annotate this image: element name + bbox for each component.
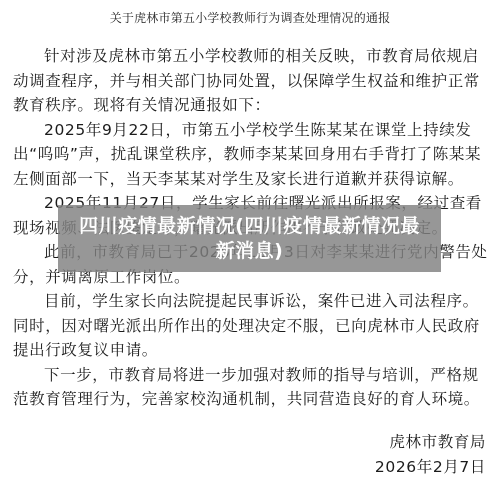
paragraph-incident: 2025年9月22日，市第五小学校学生陈某某在课堂上持续发出“呜呜”声，扰乱课堂… bbox=[13, 118, 491, 192]
overlay-caption: 四川疫情最新情况(四川疫情最新情况最新消息) bbox=[70, 214, 430, 264]
paragraph-intro: 针对涉及虎林市第五小学校教师的相关反映，市教育局依规启动调查程序，并与相关部门协… bbox=[13, 44, 491, 118]
document-title: 关于虎林市第五小学校教师行为调查处理情况的通报 bbox=[0, 9, 500, 26]
paragraph-next-steps: 下一步，市教育局将进一步加强对教师的指导与培训，严格规范教育管理行为，完善家校沟… bbox=[13, 363, 491, 412]
signature-org: 虎林市教育局 bbox=[389, 430, 486, 452]
caption-overlay: 四川疫情最新情况(四川疫情最新情况最新消息) bbox=[58, 205, 441, 272]
paragraph-litigation: 目前，学生家长向法院提起民事诉讼，案件已进入司法程序。同时，因对曙光派出所作出的… bbox=[13, 289, 491, 363]
signature-date: 2026年2月7日 bbox=[375, 455, 486, 477]
